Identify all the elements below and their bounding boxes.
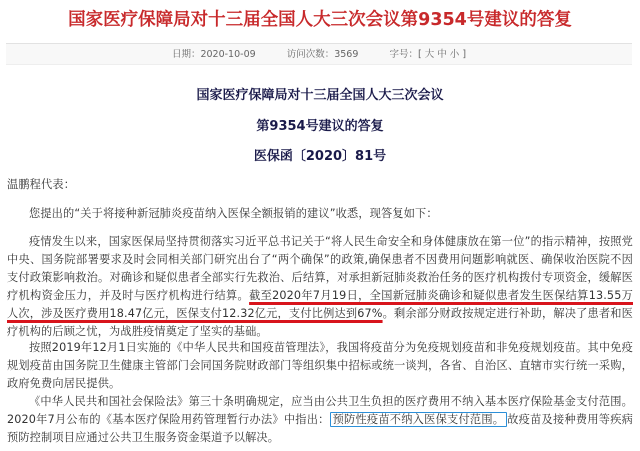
font-size-large-link[interactable]: 大 [425, 44, 435, 65]
doc-number: 医保函〔2020〕81号 [0, 145, 640, 164]
article-info-bar: 日期：2020-10-09 访问次数：3569 字号：[ 大 中 小 ] [6, 43, 632, 65]
bracket-open: [ [418, 44, 422, 65]
blue-boxed-highlight: 预防性疫苗不纳入医保支付范围。 [330, 412, 508, 427]
visits-label: 访问次数： [287, 44, 335, 65]
paragraph-intro: 您提出的“关于将接种新冠肺炎疫苗纳入医保全额报销的建议”收悉，现答复如下： [7, 205, 633, 223]
publish-date: 日期：2020-10-09 [172, 44, 256, 65]
page-title: 国家医疗保障局对十三届全国人大三次会议第9354号建议的答复 [0, 6, 640, 31]
font-size-small-link[interactable]: 小 [450, 44, 460, 65]
visits-value: 3569 [334, 44, 358, 65]
paragraph-covid-settlement: 疫情发生以来，国家医保局坚持贯彻落实习近平总书记关于“将人民生命安全和身体健康放… [7, 233, 633, 341]
visit-count: 访问次数：3569 [287, 44, 359, 65]
font-size-selector: 字号：[ 大 中 小 ] [389, 44, 466, 65]
bracket-close: ] [462, 44, 466, 65]
doc-heading-line2: 第9354号建议的答复 [0, 115, 640, 134]
date-label: 日期： [172, 44, 201, 65]
salutation: 温鹏程代表： [7, 176, 633, 194]
font-size-medium-link[interactable]: 中 [437, 44, 447, 65]
doc-heading-line1: 国家医疗保障局对十三届全国人大三次会议 [0, 84, 640, 103]
paragraph-social-insurance-law: 《中华人民共和国社会保险法》第三十条明确规定，应当由公共卫生负担的医疗费用不纳入… [7, 393, 633, 447]
date-value: 2020-10-09 [200, 44, 255, 65]
font-size-label: 字号： [389, 44, 418, 65]
paragraph-vaccine-law: 按照2019年12月1日实施的《中华人民共和国疫苗管理法》，我国将疫苗分为免疫规… [7, 339, 633, 393]
